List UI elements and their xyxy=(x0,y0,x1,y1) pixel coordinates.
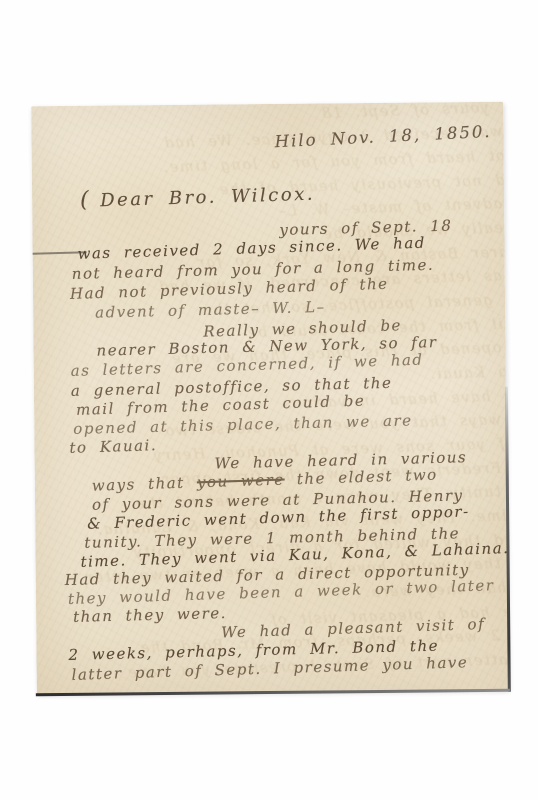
line-prefix: ways that xyxy=(92,473,198,494)
salutation-flourish: ( xyxy=(80,187,92,212)
salutation-text: Dear Bro. Wilcox. xyxy=(100,184,315,212)
line-suffix: the eldest two xyxy=(284,466,438,489)
scan-background: yours of Sept. 18was received 2 days sin… xyxy=(0,0,538,800)
letter-page: yours of Sept. 18was received 2 days sin… xyxy=(31,102,509,695)
letter-salutation: (Dear Bro. Wilcox. xyxy=(80,181,316,213)
letter-line: to Kauai. xyxy=(69,436,157,457)
letter-line: than they were. xyxy=(73,604,227,626)
paper-edge-shadow-right xyxy=(505,387,511,692)
letter-line: We had a pleasant visit of xyxy=(221,615,485,642)
letter-dateline: Hilo Nov. 18, 1850. xyxy=(274,122,492,151)
struck-text: you were xyxy=(197,470,285,491)
letter-line: advent of maste– W. L– xyxy=(95,298,326,322)
paper-edge-shadow-bottom xyxy=(36,689,510,697)
